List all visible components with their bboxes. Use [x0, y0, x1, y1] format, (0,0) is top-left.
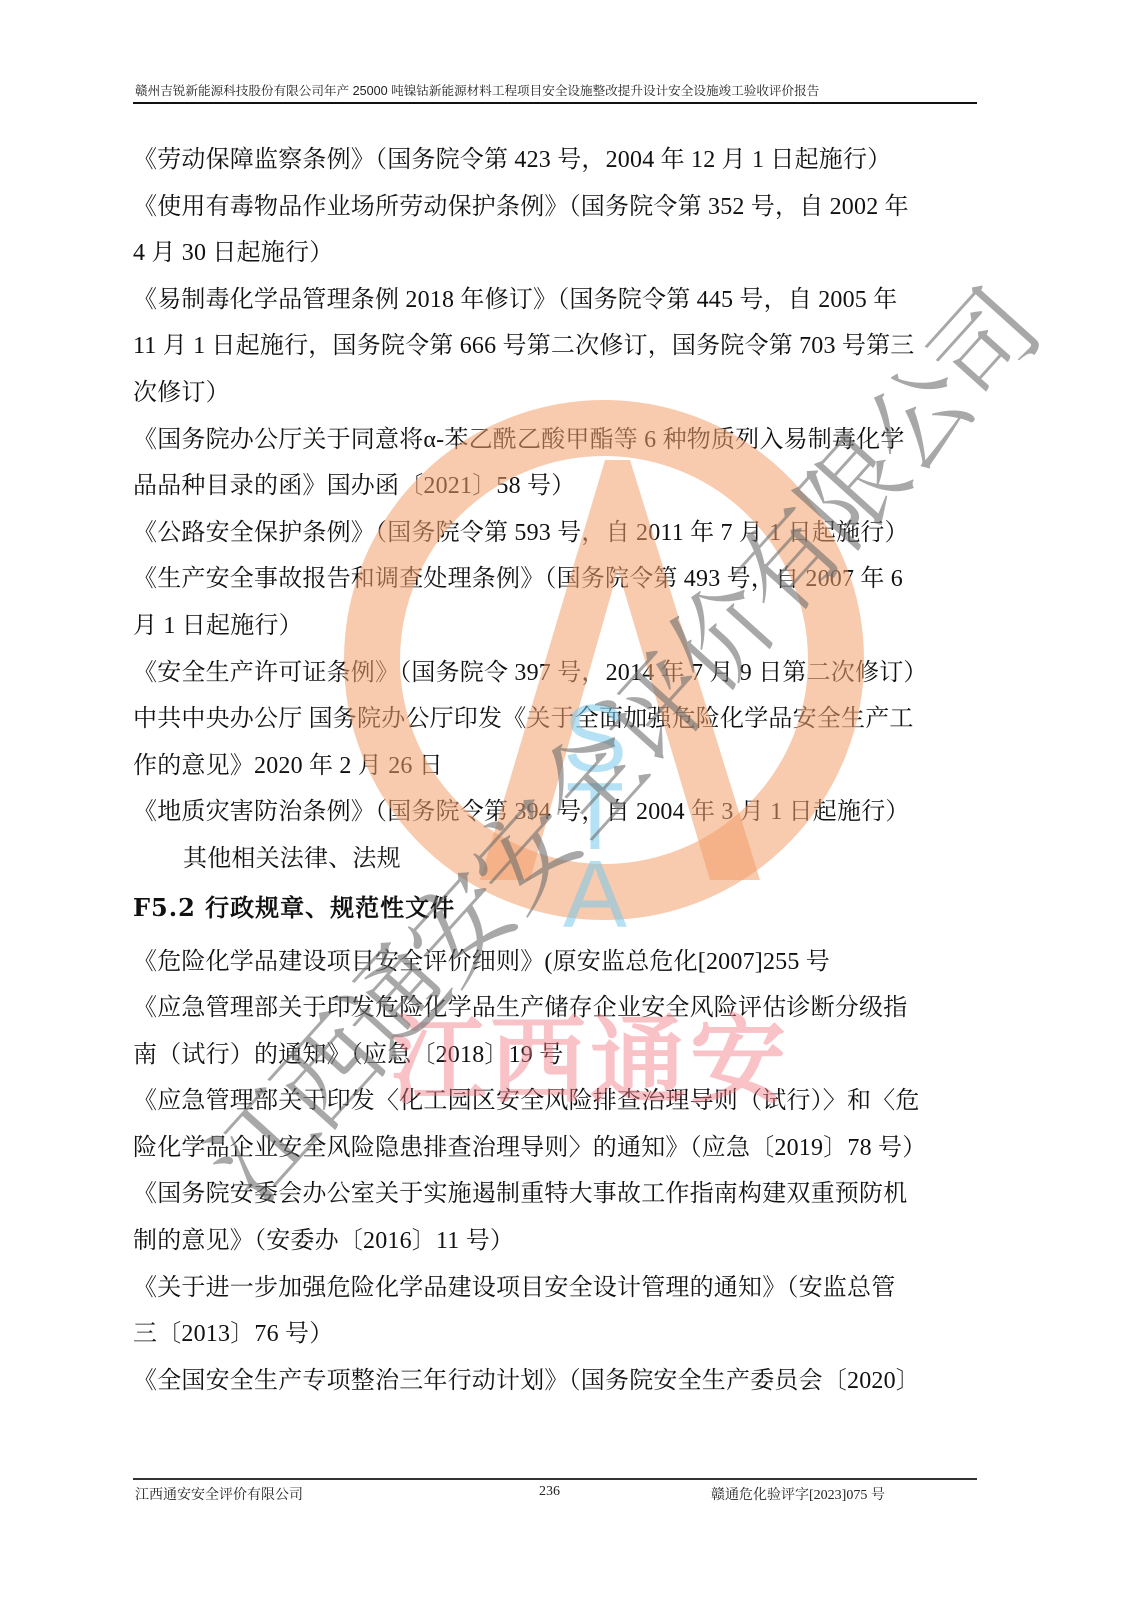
section-line: 《国务院安委会办公室关于实施遏制重特大事故工作指南构建双重预防机	[133, 1171, 981, 1218]
body-line: 《公路安全保护条例》（国务院令第 593 号，自 2011 年 7 月 1 日起…	[133, 510, 981, 557]
section-line: 《危险化学品建设项目安全评价细则》(原安监总危化[2007]255 号	[133, 939, 981, 986]
body-line: 品品种目录的函》国办函〔2021〕58 号）	[133, 463, 981, 510]
body-line: 《劳动保障监察条例》（国务院令第 423 号，2004 年 12 月 1 日起施…	[133, 137, 981, 184]
page-number: 236	[539, 1484, 560, 1500]
section-line: 《全国安全生产专项整治三年行动计划》（国务院安全生产委员会〔2020〕	[133, 1358, 981, 1405]
body-line: 《易制毒化学品管理条例 2018 年修订》（国务院令第 445 号，自 2005…	[133, 277, 981, 324]
section-line: 《应急管理部关于印发危险化学品生产储存企业安全风险评估诊断分级指	[133, 985, 981, 1032]
body-line: 《地质灾害防治条例》（国务院令第 394 号，自 2004 年 3 月 1 日起…	[133, 789, 981, 836]
section-line: 《关于进一步加强危险化学品建设项目安全设计管理的通知》（安监总管	[133, 1265, 981, 1312]
body-line: 《国务院办公厅关于同意将α-苯乙酰乙酸甲酯等 6 种物质列入易制毒化学	[133, 417, 981, 464]
page-header: 赣州吉锐新能源科技股份有限公司年产 25000 吨镍钴新能源材料工程项目安全设施…	[133, 76, 977, 104]
section-line: 南（试行）的通知》（应急〔2018〕19 号	[133, 1032, 981, 1079]
section-line: 三〔2013〕76 号）	[133, 1311, 981, 1358]
body-line: 中共中央办公厅 国务院办公厅印发《关于全面加强危险化学品安全生产工	[133, 696, 981, 743]
body-line: 《安全生产许可证条例》（国务院令 397 号，2014 年 7 月 9 日第二次…	[133, 650, 981, 697]
body-line: 11 月 1 日起施行，国务院令第 666 号第二次修订，国务院令第 703 号…	[133, 323, 981, 370]
body-line: 次修订）	[133, 370, 981, 417]
body-line: 《生产安全事故报告和调查处理条例》（国务院令第 493 号，自 2007 年 6	[133, 556, 981, 603]
section-line: 险化学品企业安全风险隐患排查治理导则〉的通知》（应急〔2019〕78 号）	[133, 1125, 981, 1172]
section-line: 《应急管理部关于印发〈化工园区安全风险排查治理导则（试行）〉和〈危	[133, 1078, 981, 1125]
section-heading: F5.2 行政规章、规范性文件	[133, 883, 981, 939]
page-footer: 江西通安安全评价有限公司 236 赣通危化验评字[2023]075 号	[133, 1478, 977, 1510]
body-line: 《使用有毒物品作业场所劳动保护条例》（国务院令第 352 号，自 2002 年	[133, 184, 981, 231]
body-line: 作的意见》2020 年 2 月 26 日	[133, 743, 981, 790]
body-line-indented: 其他相关法律、法规	[133, 836, 981, 883]
body-line: 月 1 日起施行）	[133, 603, 981, 650]
footer-doc-number: 赣通危化验评字[2023]075 号	[711, 1484, 885, 1504]
body-line: 4 月 30 日起施行）	[133, 230, 981, 277]
footer-company: 江西通安安全评价有限公司	[135, 1484, 303, 1504]
header-title: 赣州吉锐新能源科技股份有限公司年产 25000 吨镍钴新能源材料工程项目安全设施…	[135, 80, 819, 99]
section-line: 制的意见》（安委办〔2016〕11 号）	[133, 1218, 981, 1265]
document-body: 《劳动保障监察条例》（国务院令第 423 号，2004 年 12 月 1 日起施…	[133, 137, 981, 1404]
